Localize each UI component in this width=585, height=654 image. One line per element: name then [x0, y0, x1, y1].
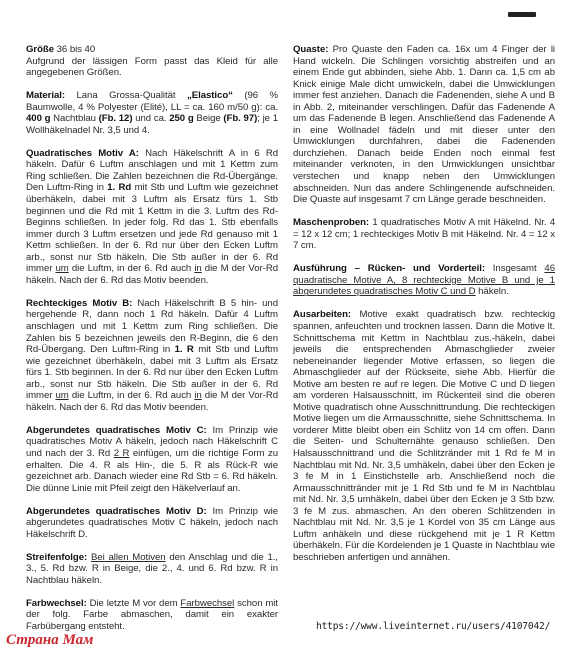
- section-motiv-c: Abgerundetes quadratisches Motiv C: Im P…: [26, 425, 278, 494]
- section-text: mit Stb und Luftm wie gezeichnet überhäk…: [26, 182, 278, 274]
- section-heading: Abgerundetes quadratisches Motiv D:: [26, 506, 207, 517]
- section-streifenfolge: Streifenfolge: Bei allen Motiven den Ans…: [26, 552, 278, 587]
- underlined-word: um: [56, 263, 69, 274]
- section-text: Die letzte M vor dem: [87, 598, 181, 609]
- color-code-beige: (Fb. 97): [223, 113, 257, 124]
- section-text: Aufgrund der lässigen Form passt das Kle…: [26, 56, 278, 79]
- section-heading: Streifenfolge:: [26, 552, 87, 563]
- amount-beige: 250 g: [169, 113, 193, 124]
- color-code-navy: (Fb. 12): [99, 113, 133, 124]
- underlined-phrase: Bei allen Motiven: [91, 552, 166, 563]
- section-motiv-b: Rechteckiges Motiv B: Nach Häkelschrift …: [26, 298, 278, 413]
- section-material: Material: Lana Grossa-Qualität „Elastico…: [26, 90, 278, 136]
- left-column: Größe 36 bis 40 Aufgrund der lässigen Fo…: [26, 44, 278, 644]
- underlined-word: 2 R: [114, 448, 130, 459]
- page-number-fragment: [508, 12, 536, 17]
- section-text: Insgesamt: [485, 263, 544, 274]
- section-heading: Material:: [26, 90, 65, 101]
- underlined-word: in: [194, 263, 201, 274]
- amount-navy: 400 g: [26, 113, 50, 124]
- section-ausarbeiten: Ausarbeiten: Motive exakt quadratisch bz…: [293, 309, 555, 563]
- section-motiv-a: Quadratisches Motiv A: Nach Häkelschrift…: [26, 148, 278, 287]
- section-heading: Größe: [26, 44, 54, 55]
- watermark-logo: Страна Мам: [6, 632, 93, 649]
- section-heading: Quaste:: [293, 44, 328, 55]
- section-groesse: Größe 36 bis 40 Aufgrund der lässigen Fo…: [26, 44, 278, 79]
- underlined-word: um: [56, 390, 69, 401]
- emphasis: 1. Rd: [107, 182, 131, 193]
- section-heading: Quadratisches Motiv A:: [26, 148, 139, 159]
- section-heading: Farbwechsel:: [26, 598, 87, 609]
- section-heading: Abgerundetes quadratisches Motiv C:: [26, 425, 207, 436]
- section-text: Nachtblau: [50, 113, 98, 124]
- section-quaste: Quaste: Pro Quaste den Faden ca. 16x um …: [293, 44, 555, 206]
- underlined-word: Farbwechsel: [180, 598, 234, 609]
- source-url: https://www.liveinternet.ru/users/410704…: [316, 621, 550, 632]
- section-text: die Luftm, in der 6. Rd auch: [69, 263, 195, 274]
- section-text: Motive exakt quadratisch bzw. rechteckig…: [293, 309, 555, 562]
- yarn-name: „Elastico“: [187, 90, 233, 101]
- section-maschenproben: Maschenproben: 1 quadratisches Motiv A m…: [293, 217, 555, 252]
- emphasis: 1. R: [175, 344, 194, 355]
- section-farbwechsel: Farbwechsel: Die letzte M vor dem Farbwe…: [26, 598, 278, 633]
- section-heading: Rechteckiges Motiv B:: [26, 298, 132, 309]
- section-text: Lana Grossa-Qualität: [65, 90, 187, 101]
- section-motiv-d: Abgerundetes quadratisches Motiv D: Im P…: [26, 506, 278, 541]
- section-text: häkeln.: [476, 286, 509, 297]
- section-heading: Ausarbeiten:: [293, 309, 351, 320]
- section-text: die Luftm, in der 6. Rd auch: [69, 390, 195, 401]
- section-heading: Ausführung – Rücken- und Vorderteil:: [293, 263, 485, 274]
- section-text: Pro Quaste den Faden ca. 16x um 4 Finger…: [293, 44, 555, 205]
- section-text: und ca.: [132, 113, 169, 124]
- size-range: 36 bis 40: [54, 44, 95, 55]
- section-heading: Maschenproben:: [293, 217, 369, 228]
- right-column: Quaste: Pro Quaste den Faden ca. 16x um …: [293, 44, 555, 575]
- section-ausfuehrung: Ausführung – Rücken- und Vorderteil: Ins…: [293, 263, 555, 298]
- section-text: Beige: [194, 113, 224, 124]
- underlined-word: in: [194, 390, 201, 401]
